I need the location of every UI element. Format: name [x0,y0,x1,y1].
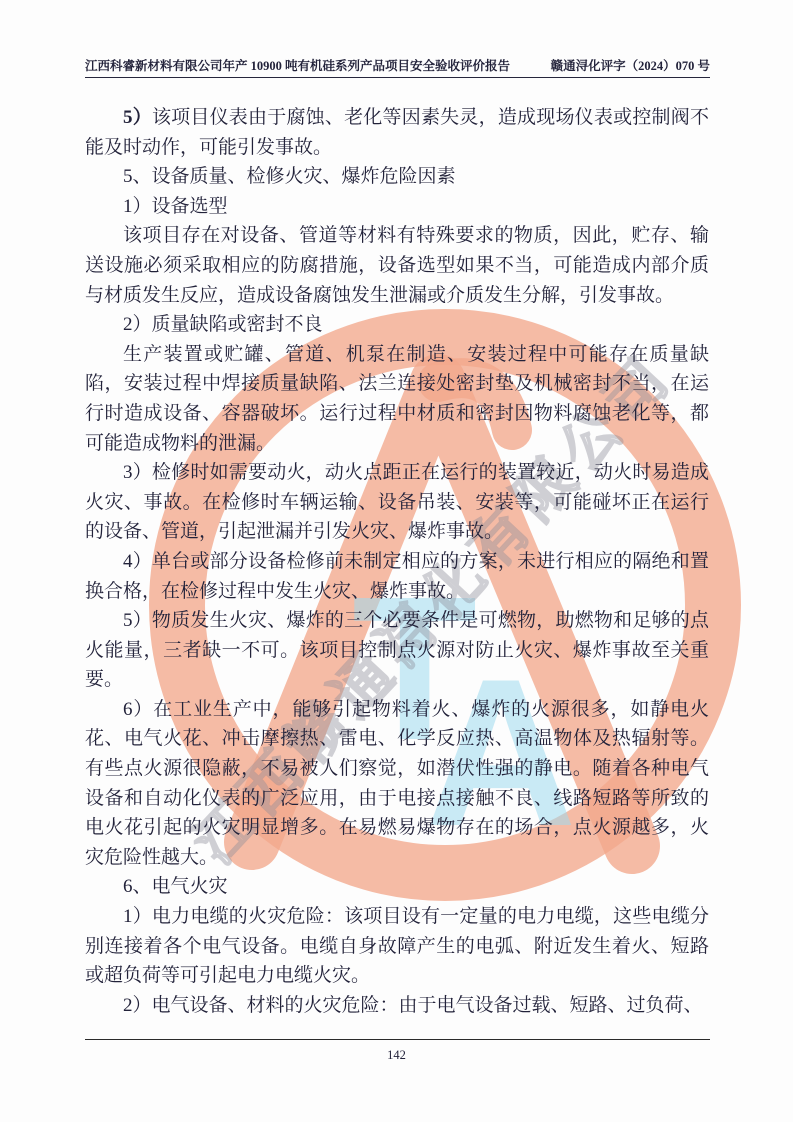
paragraph-text: 5）物质发生火灾、爆炸的三个必要条件是可燃物，助燃物和足够的点火能量，三者缺一不… [85,610,709,690]
document-page: T A 江西赣通浔化有限公司 江西科睿新材料有限公司年产 10900 吨有机硅系… [0,0,793,1122]
paragraph-text: 1）电力电缆的火灾危险：该项目设有一定量的电力电缆，这些电缆分别连接着各个电气设… [85,906,709,986]
body-paragraph: 生产装置或贮罐、管道、机泵在制造、安装过程中可能存在质量缺陷，安装过程中焊接质量… [85,340,709,458]
paragraph-text: 该项目存在对设备、管道等材料有特殊要求的物质，因此，贮存、输送设施必须采取相应的… [85,225,709,305]
paragraph-text: 该项目仪表由于腐蚀、老化等因素失灵，造成现场仪表或控制阀不能及时动作，可能引发事… [85,107,709,158]
body-paragraph: 3）检修时如需要动火，动火点距正在运行的装置较近，动火时易造成火灾、事故。在检修… [85,458,709,547]
body-paragraph: 1）电力电缆的火灾危险：该项目设有一定量的电力电缆，这些电缆分别连接着各个电气设… [85,902,709,991]
paragraph-text: 1）设备选型 [123,196,228,217]
body-paragraph: 该项目存在对设备、管道等材料有特殊要求的物质，因此，贮存、输送设施必须采取相应的… [85,221,709,310]
body-paragraph: 5）物质发生火灾、爆炸的三个必要条件是可燃物，助燃物和足够的点火能量，三者缺一不… [85,606,709,695]
paragraph-text: 2）质量缺陷或密封不良 [123,314,323,335]
paragraph-number: 5） [123,107,152,128]
body-paragraph: 2）质量缺陷或密封不良 [85,310,709,340]
body-paragraph: 1）设备选型 [85,192,709,222]
paragraph-text: 5、设备质量、检修火灾、爆炸危险因素 [123,166,456,187]
body-paragraph: 5）该项目仪表由于腐蚀、老化等因素失灵，造成现场仪表或控制阀不能及时动作，可能引… [85,103,709,162]
body-paragraph: 4）单台或部分设备检修前未制定相应的方案，未进行相应的隔绝和置换合格，在检修过程… [85,547,709,606]
paragraph-text: 4）单台或部分设备检修前未制定相应的方案，未进行相应的隔绝和置换合格，在检修过程… [85,551,709,602]
body-paragraph: 5、设备质量、检修火灾、爆炸危险因素 [85,162,709,192]
page-header: 江西科睿新材料有限公司年产 10900 吨有机硅系列产品项目安全验收评价报告 赣… [85,56,710,78]
page-number: 142 [0,1048,793,1063]
paragraph-text: 6、电气火灾 [123,876,228,897]
footer-divider [85,1039,710,1040]
body-paragraph: 6）在工业生产中，能够引起物料着火、爆炸的火源很多，如静电火花、电气火花、冲击摩… [85,695,709,873]
paragraph-text: 3）检修时如需要动火，动火点距正在运行的装置较近，动火时易造成火灾、事故。在检修… [85,462,709,542]
paragraph-text: 2）电气设备、材料的火灾危险：由于电气设备过载、短路、过负荷、 [123,995,703,1016]
body-paragraph: 6、电气火灾 [85,872,709,902]
report-body: 5）该项目仪表由于腐蚀、老化等因素失灵，造成现场仪表或控制阀不能及时动作，可能引… [85,103,709,1020]
paragraph-text: 6）在工业生产中，能够引起物料着火、爆炸的火源很多，如静电火花、电气火花、冲击摩… [85,699,709,868]
body-paragraph: 2）电气设备、材料的火灾危险：由于电气设备过载、短路、过负荷、 [85,991,709,1021]
paragraph-text: 生产装置或贮罐、管道、机泵在制造、安装过程中可能存在质量缺陷，安装过程中焊接质量… [85,344,709,454]
document-number: 赣通浔化评字（2024）070 号 [551,56,710,74]
report-title: 江西科睿新材料有限公司年产 10900 吨有机硅系列产品项目安全验收评价报告 [85,56,510,74]
